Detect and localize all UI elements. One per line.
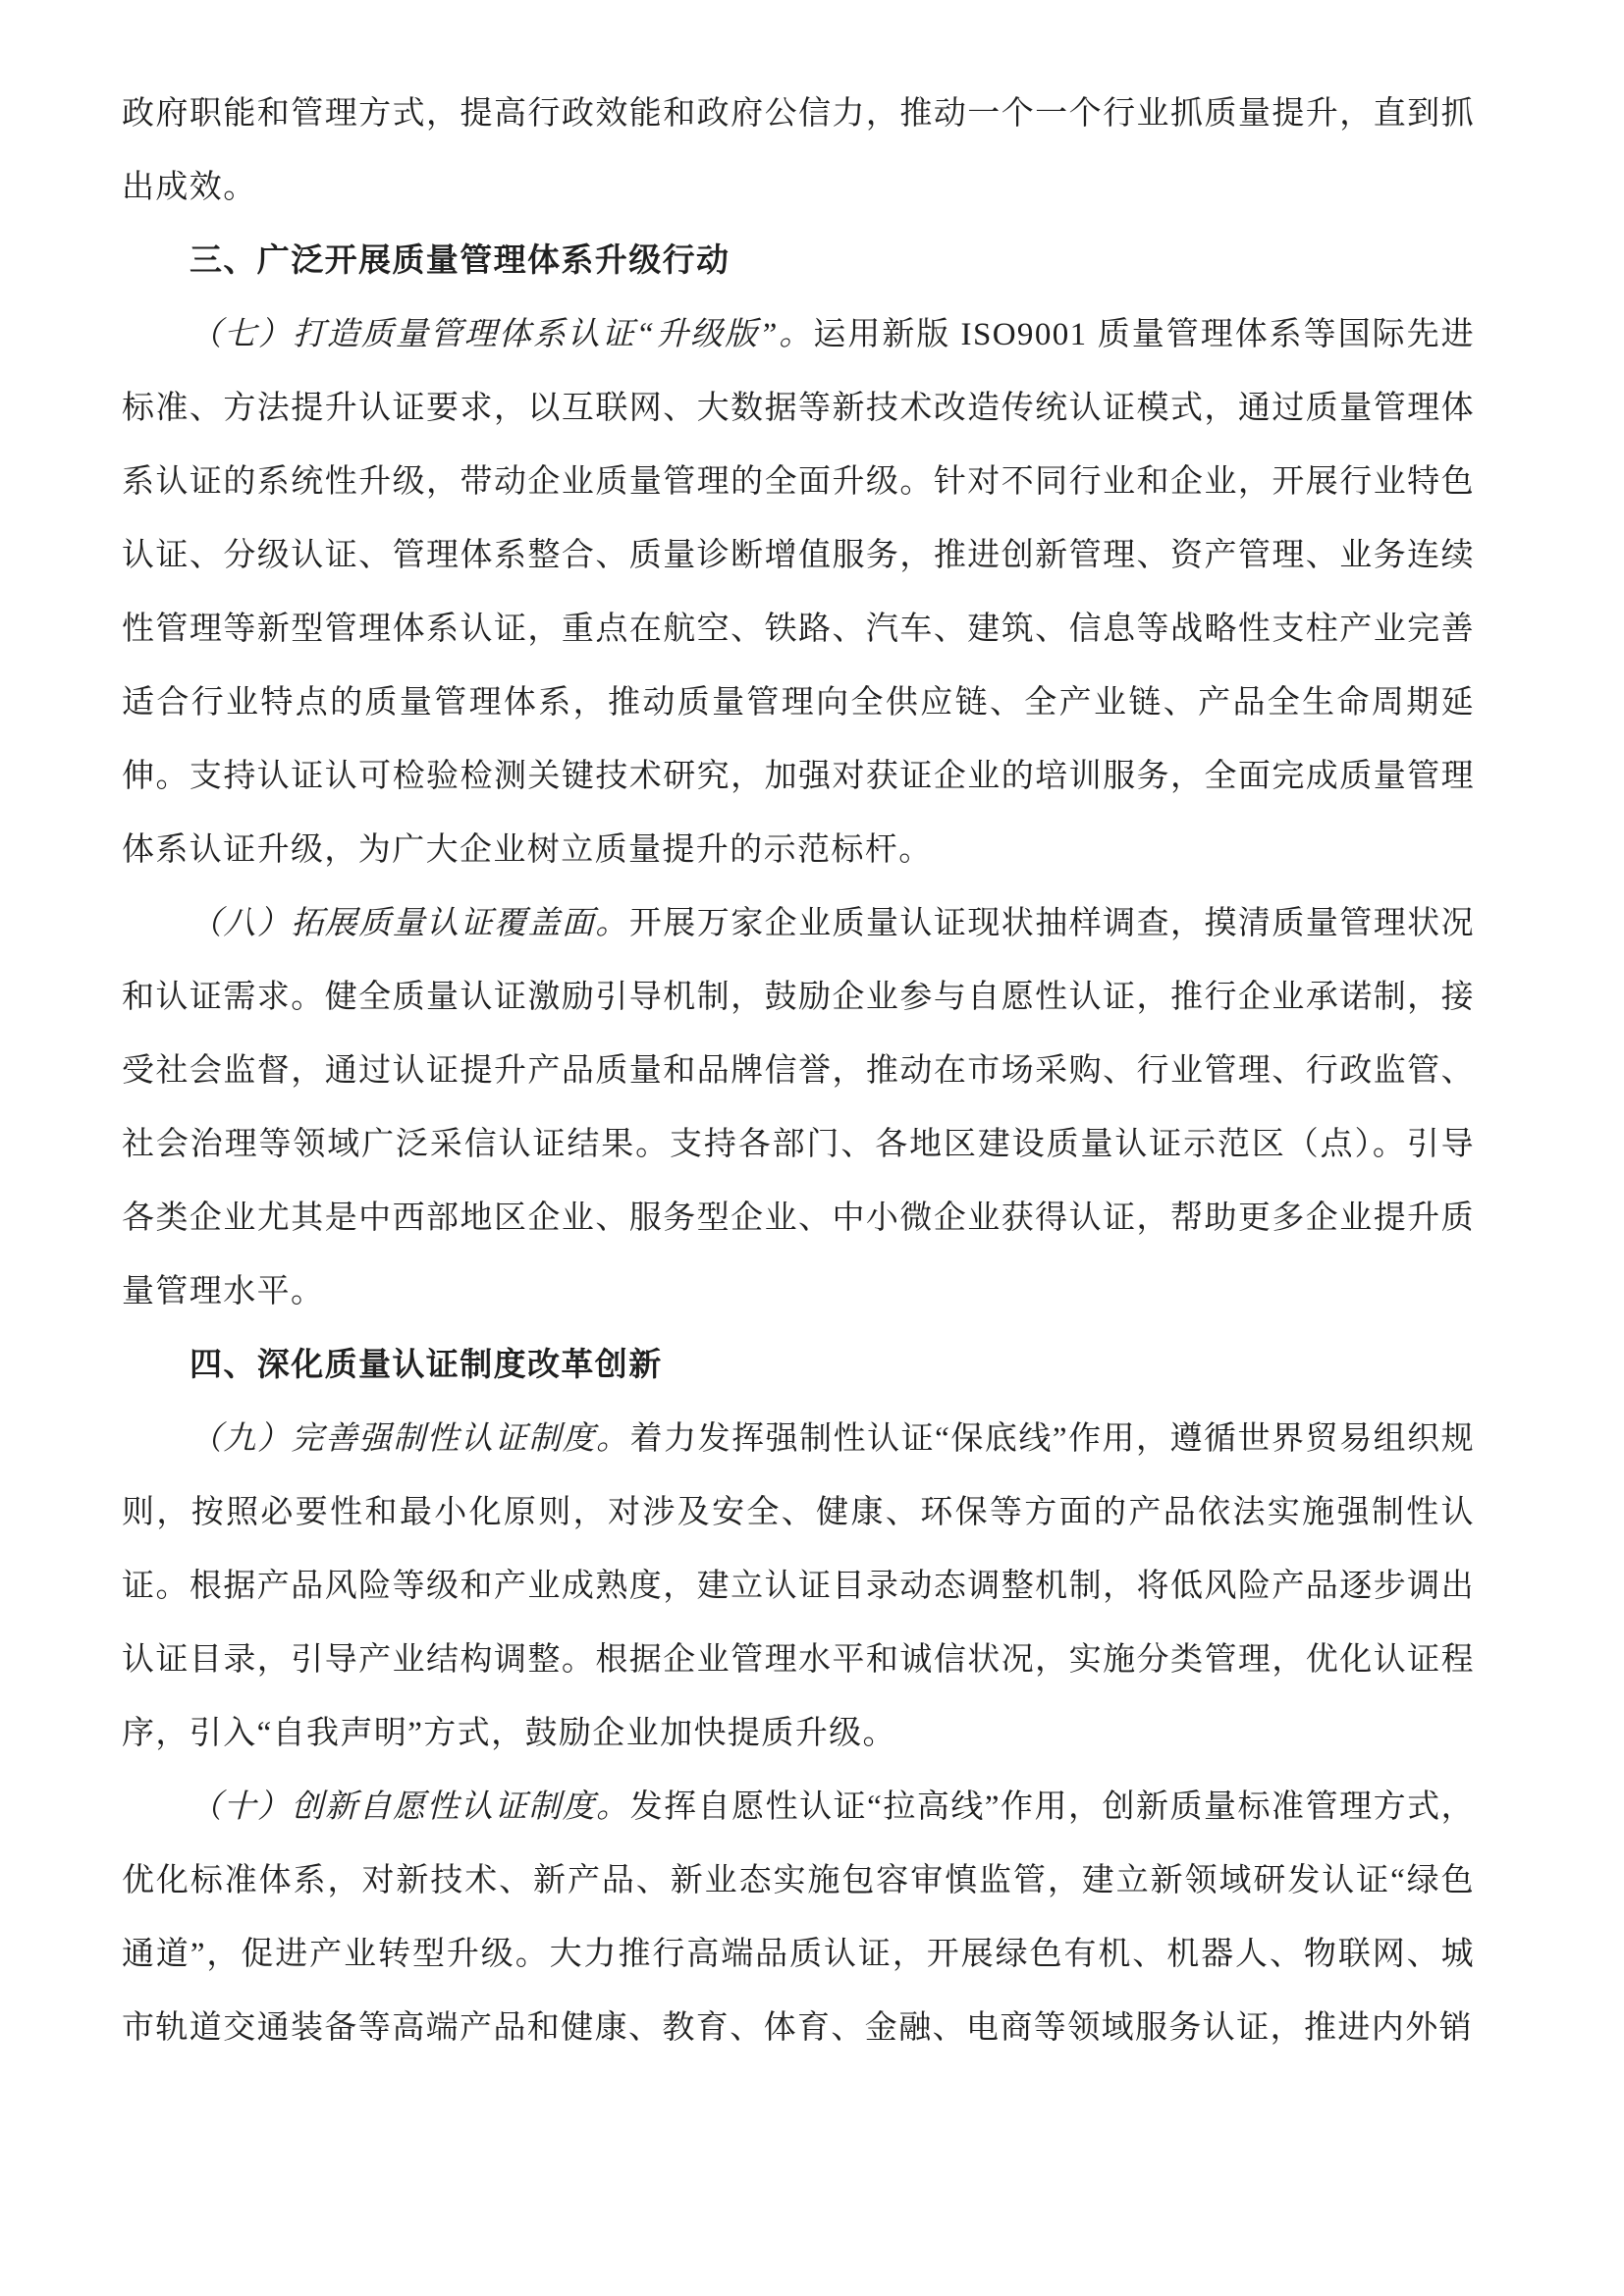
paragraph-body: 发挥自愿性认证“拉高线”作用，创新质量标准管理方式，优化标准体系，对新技术、新产… (122, 1789, 1475, 2046)
paragraph-body: 开展万家企业质量认证现状抽样调查，摸清质量管理状况和认证需求。健全质量认证激励引… (122, 906, 1475, 1309)
paragraph: （九）完善强制性认证制度。着力发挥强制性认证“保底线”作用，遵循世界贸易组织规则… (122, 1403, 1475, 1771)
paragraph-lead: （十）创新自愿性认证制度。 (189, 1789, 630, 1825)
paragraph-body: 政府职能和管理方式，提高行政效能和政府公信力，推动一个一个行业抓质量提升，直到抓… (122, 96, 1475, 205)
paragraph: 政府职能和管理方式，提高行政效能和政府公信力，推动一个一个行业抓质量提升，直到抓… (122, 78, 1475, 225)
paragraph-body: 运用新版 ISO9001 质量管理体系等国际先进标准、方法提升认证要求，以互联网… (122, 317, 1475, 868)
section-heading-3: 三、广泛开展质量管理体系升级行动 (122, 225, 1475, 298)
paragraph: （十）创新自愿性认证制度。发挥自愿性认证“拉高线”作用，创新质量标准管理方式，优… (122, 1771, 1475, 2065)
document-page: 政府职能和管理方式，提高行政效能和政府公信力，推动一个一个行业抓质量提升，直到抓… (0, 0, 1624, 2296)
paragraph-lead: （七）打造质量管理体系认证“升级版”。 (189, 317, 813, 352)
section-heading-4: 四、深化质量认证制度改革创新 (122, 1329, 1475, 1403)
paragraph: （七）打造质量管理体系认证“升级版”。运用新版 ISO9001 质量管理体系等国… (122, 298, 1475, 887)
paragraph-body: 着力发挥强制性认证“保底线”作用，遵循世界贸易组织规则，按照必要性和最小化原则，… (122, 1421, 1475, 1751)
paragraph: （八）拓展质量认证覆盖面。开展万家企业质量认证现状抽样调查，摸清质量管理状况和认… (122, 887, 1475, 1329)
paragraph-lead: （九）完善强制性认证制度。 (189, 1421, 630, 1457)
paragraph-lead: （八）拓展质量认证覆盖面。 (189, 906, 629, 941)
